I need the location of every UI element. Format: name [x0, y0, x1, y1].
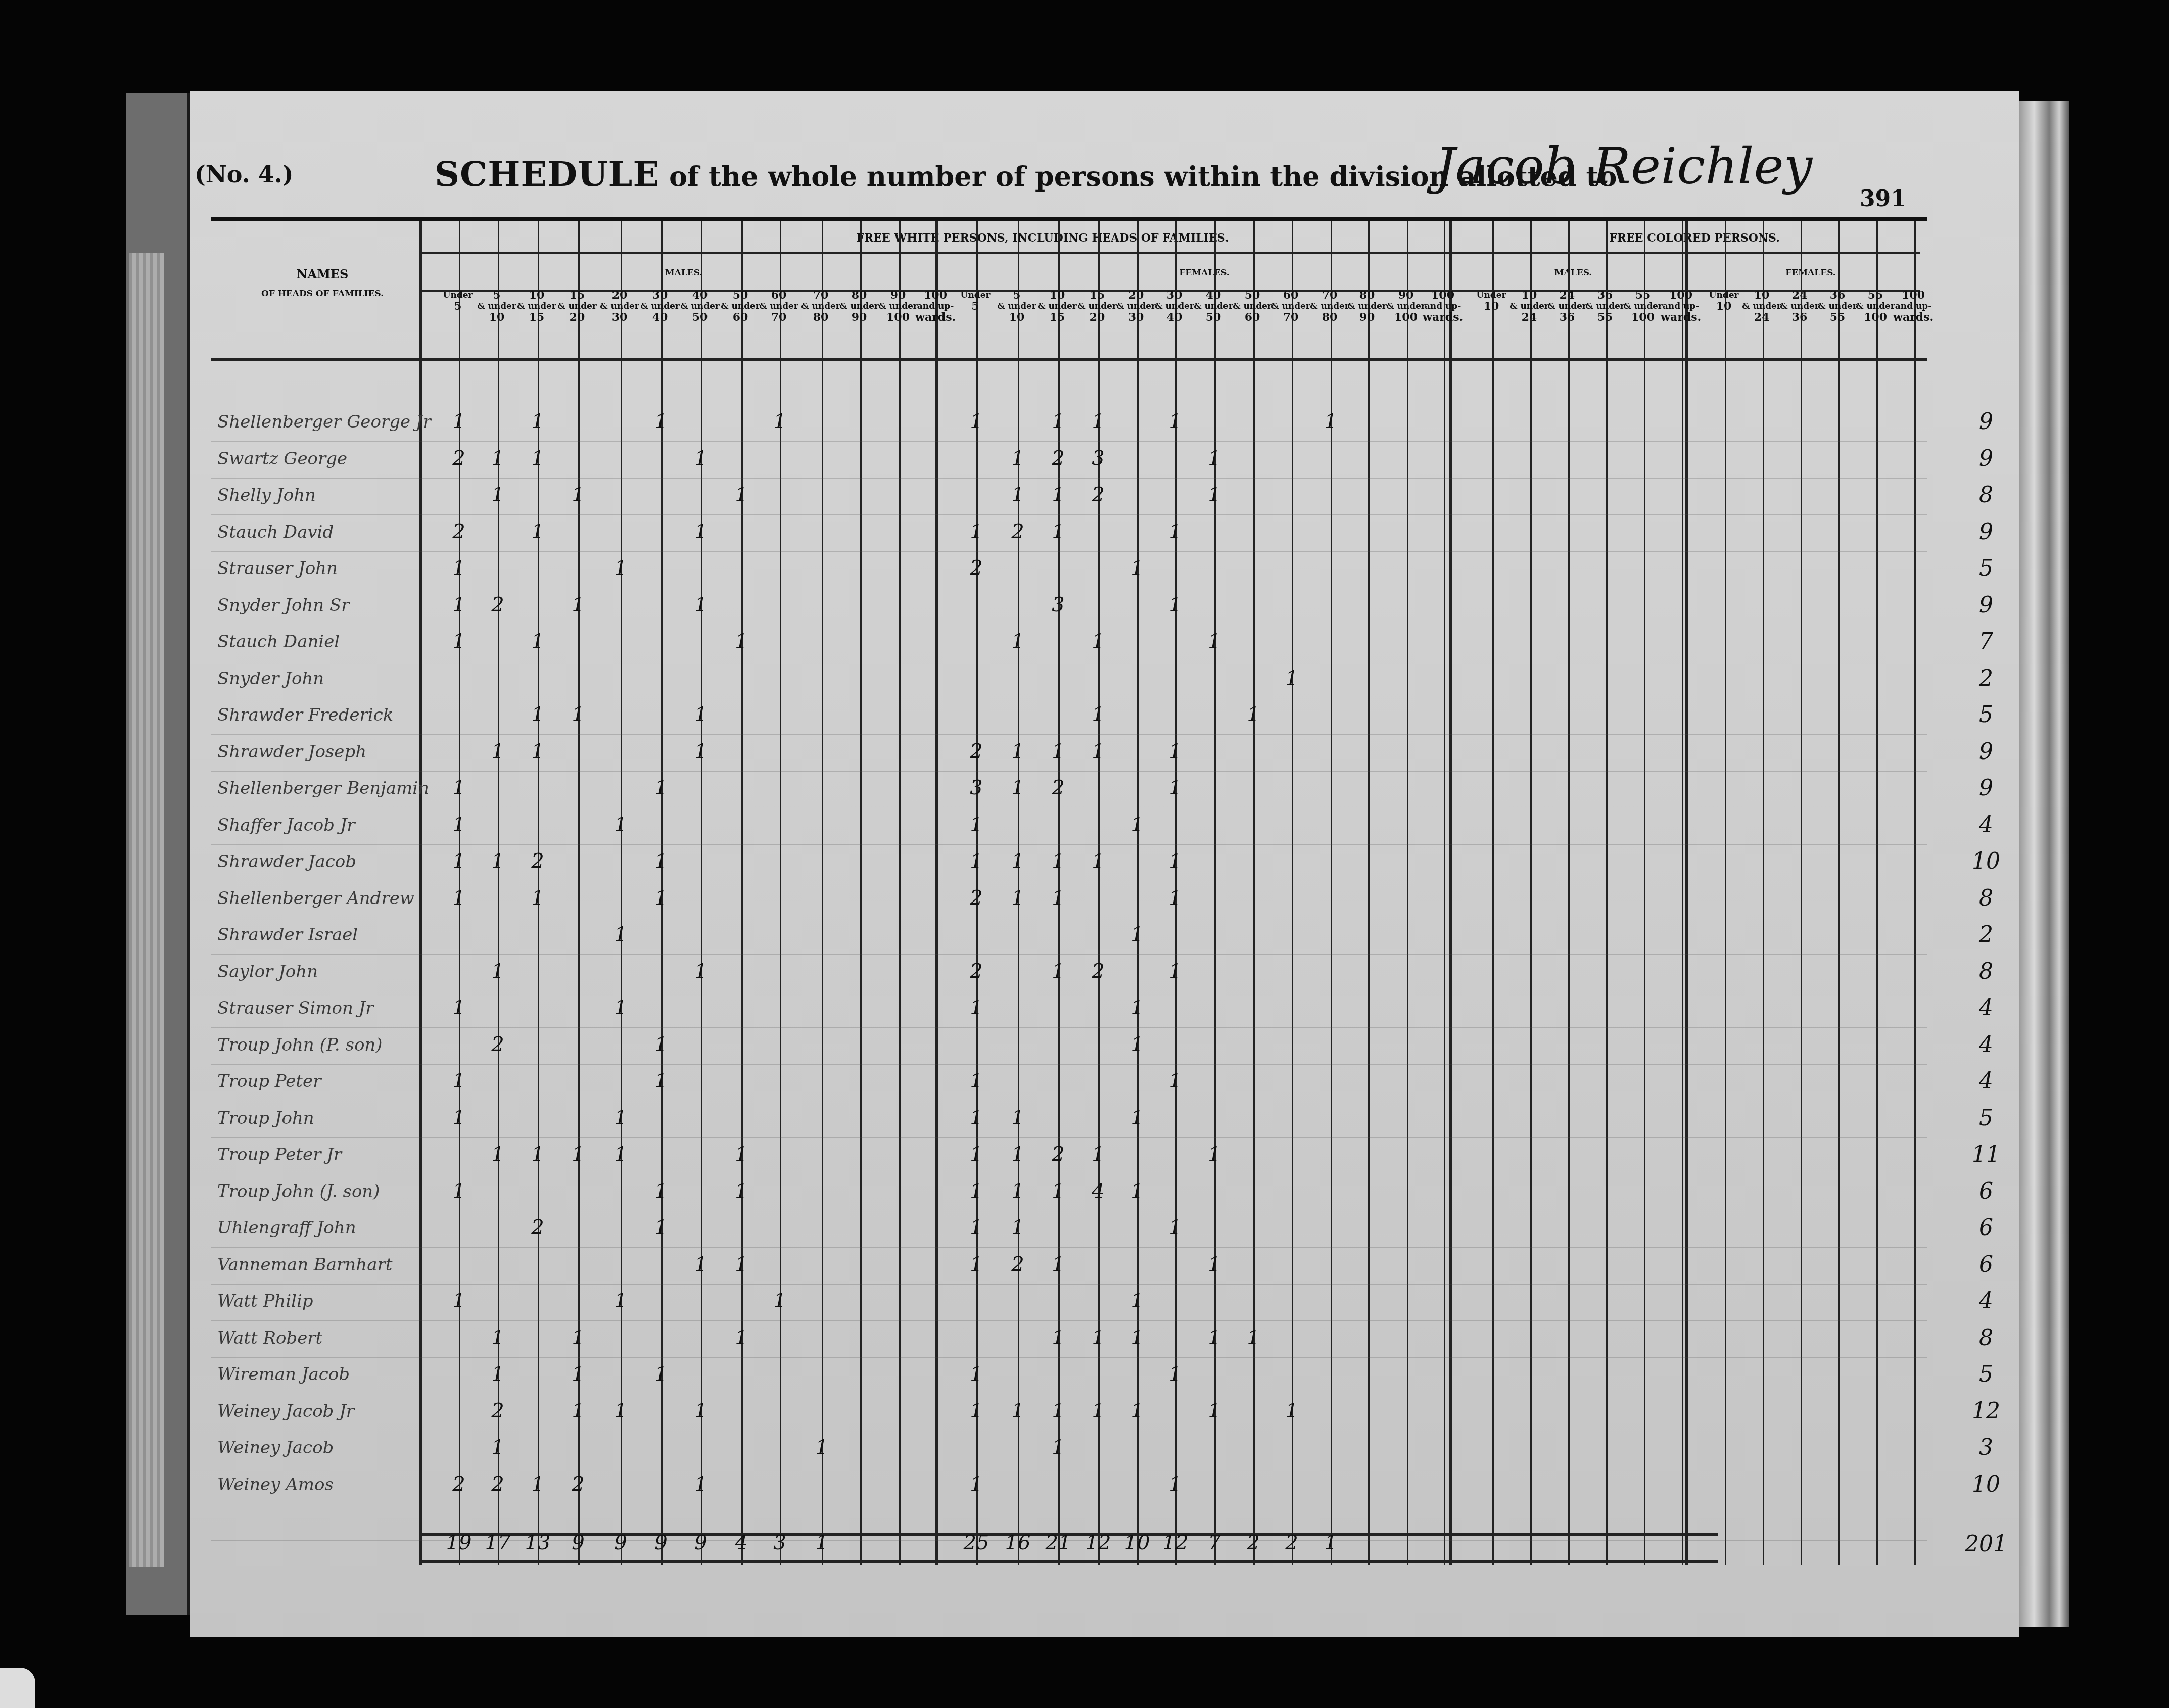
- male-count: 1: [642, 1216, 680, 1239]
- column-divider: [1137, 221, 1139, 1565]
- male-count: 1: [642, 1069, 680, 1093]
- male-count: 1: [440, 630, 478, 653]
- female-count: 1: [1079, 1143, 1117, 1166]
- male-count: 1: [682, 703, 720, 726]
- household-total: 10: [1961, 1472, 2011, 1497]
- white-male-col-header: 15& under20: [557, 290, 597, 323]
- names-header-line1: NAMES: [231, 267, 413, 281]
- male-count: 1: [722, 483, 761, 506]
- female-count: 1: [1156, 1216, 1195, 1239]
- age-to: 10: [1471, 301, 1512, 312]
- row-rule: [211, 698, 1927, 698]
- age-mid: & under: [1623, 301, 1663, 312]
- female-count: 1: [1156, 1069, 1195, 1093]
- column-divider: [1876, 221, 1878, 1565]
- age-from: 70: [800, 290, 841, 301]
- male-count: 1: [479, 1362, 517, 1386]
- female-count: 1: [1195, 1326, 1234, 1349]
- household-total: 4: [1961, 1068, 2011, 1094]
- male-count: 1: [479, 1326, 517, 1349]
- age-from: 30: [1154, 290, 1195, 301]
- female-count: 4: [1079, 1179, 1117, 1203]
- female-count: 1: [1156, 593, 1195, 616]
- age-from: 70: [1309, 290, 1350, 301]
- female-count: 1: [1039, 740, 1077, 763]
- female-count: 2: [999, 520, 1037, 543]
- page-stack-edge: [2019, 101, 2069, 1627]
- age-to: 40: [640, 312, 680, 323]
- female-count: 1: [957, 1179, 996, 1203]
- age-to: wards.: [1893, 312, 1934, 323]
- female-count: 1: [1039, 886, 1077, 910]
- age-mid: & under: [1037, 301, 1077, 312]
- age-to: wards.: [915, 312, 956, 323]
- household-total: 9: [1961, 446, 2011, 471]
- female-count: 1: [999, 1216, 1037, 1239]
- male-column-total: 17: [479, 1531, 517, 1554]
- age-to: 15: [516, 312, 557, 323]
- age-mid: & under: [878, 301, 918, 312]
- age-to: 100: [1386, 312, 1426, 323]
- female-count: 1: [1156, 849, 1195, 873]
- female-count: 1: [999, 886, 1037, 910]
- head-of-family-name: Snyder John: [217, 669, 324, 689]
- male-count: 2: [518, 849, 557, 873]
- household-total: 5: [1961, 1105, 2011, 1131]
- column-divider: [1682, 221, 1683, 1565]
- row-rule: [211, 1504, 1927, 1504]
- colored-female-col-header: 55& under100: [1855, 290, 1896, 323]
- male-count: 1: [559, 1143, 597, 1166]
- age-from: 100: [1661, 290, 1701, 301]
- age-mid: Under: [955, 290, 996, 301]
- female-count: 1: [957, 1216, 996, 1239]
- age-to: 24: [1509, 312, 1549, 323]
- female-count: 1: [1118, 1106, 1156, 1129]
- row-rule: [211, 771, 1927, 772]
- age-from: 60: [1270, 290, 1311, 301]
- male-count: 1: [761, 410, 799, 433]
- row-rule: [211, 1027, 1927, 1028]
- female-count: 1: [1039, 410, 1077, 433]
- female-count: 2: [957, 886, 996, 910]
- age-mid: and up-: [915, 301, 956, 312]
- head-of-family-name: Shrawder Joseph: [217, 742, 366, 762]
- female-count: 1: [957, 849, 996, 873]
- male-count: 1: [559, 593, 597, 616]
- column-divider: [1530, 221, 1532, 1565]
- male-count: 1: [682, 1399, 720, 1422]
- male-count: 1: [722, 1143, 761, 1166]
- female-column-total: 10: [1118, 1531, 1156, 1554]
- column-divider: [1492, 221, 1494, 1565]
- age-mid: Under: [438, 290, 478, 301]
- age-to: 60: [720, 312, 761, 323]
- age-from: 90: [1386, 290, 1426, 301]
- male-count: 1: [601, 1143, 640, 1166]
- age-mid: & under: [1547, 301, 1587, 312]
- female-count: 2: [957, 960, 996, 983]
- page-number: 391: [1860, 186, 1906, 212]
- colored-male-col-header: Under10: [1471, 290, 1512, 312]
- white-female-col-header: 5& under10: [997, 290, 1037, 323]
- names-header-line2: OF HEADS OF FAMILIES.: [231, 289, 413, 299]
- column-divider: [1914, 221, 1916, 1565]
- household-total: 2: [1961, 922, 2011, 947]
- column-divider: [1368, 221, 1370, 1565]
- previous-page-edge: [129, 253, 164, 1567]
- male-count: 1: [559, 1362, 597, 1386]
- household-total: 11: [1961, 1142, 2011, 1167]
- colored-male-col-header: 24& under36: [1547, 290, 1587, 323]
- row-rule: [211, 1137, 1927, 1138]
- row-rule: [211, 1394, 1927, 1394]
- head-of-family-name: Strauser John: [217, 558, 338, 579]
- age-to: 36: [1779, 312, 1820, 323]
- female-count: 1: [1195, 630, 1234, 653]
- white-female-col-header: 100and up-wards.: [1423, 290, 1463, 323]
- household-total: 9: [1961, 519, 2011, 545]
- female-count: 1: [957, 1473, 996, 1496]
- age-mid: & under: [1779, 301, 1820, 312]
- male-count: 1: [518, 630, 557, 653]
- female-count: 1: [1039, 849, 1077, 873]
- male-count: 1: [518, 886, 557, 910]
- age-to: 100: [878, 312, 918, 323]
- header-divider: [419, 252, 1920, 254]
- female-count: 1: [957, 1106, 996, 1129]
- male-count: 1: [559, 483, 597, 506]
- colored-female-col-header: 24& under36: [1779, 290, 1820, 323]
- female-count: 1: [1156, 410, 1195, 433]
- age-to: 60: [1232, 312, 1272, 323]
- age-to: 80: [800, 312, 841, 323]
- male-count: 1: [642, 849, 680, 873]
- column-divider: [899, 221, 901, 1565]
- age-to: 55: [1585, 312, 1625, 323]
- household-total: 5: [1961, 555, 2011, 581]
- age-to: 55: [1817, 312, 1858, 323]
- age-to: 30: [1116, 312, 1156, 323]
- age-from: 100: [1893, 290, 1934, 301]
- female-column-total: 1: [1311, 1531, 1350, 1554]
- colored-male-col-header: 36& under55: [1585, 290, 1625, 323]
- female-count: 1: [957, 1362, 996, 1386]
- household-total: 9: [1961, 409, 2011, 435]
- male-count: 1: [440, 1069, 478, 1093]
- age-from: 100: [1423, 290, 1463, 301]
- head-of-family-name: Weiney Jacob: [217, 1438, 334, 1458]
- age-from: 36: [1817, 290, 1858, 301]
- age-from: 36: [1585, 290, 1625, 301]
- age-to: 20: [1077, 312, 1117, 323]
- female-count: 2: [1039, 776, 1077, 799]
- male-count: 1: [479, 849, 517, 873]
- male-column-total: 9: [601, 1531, 640, 1554]
- age-mid: & under: [720, 301, 761, 312]
- female-count: 1: [1118, 923, 1156, 946]
- age-mid: & under: [1154, 301, 1195, 312]
- age-mid: & under: [477, 301, 517, 312]
- age-mid: and up-: [1893, 301, 1934, 312]
- age-from: 60: [759, 290, 799, 301]
- male-count: 1: [518, 410, 557, 433]
- male-count: 2: [479, 1033, 517, 1056]
- male-count: 1: [559, 703, 597, 726]
- female-count: 1: [1118, 1399, 1156, 1422]
- colored-female-col-header: Under10: [1704, 290, 1744, 312]
- head-of-family-name: Stauch Daniel: [217, 632, 340, 652]
- female-count: 1: [1195, 447, 1234, 470]
- male-count: 1: [518, 703, 557, 726]
- age-mid: & under: [800, 301, 841, 312]
- white-female-col-header: 90& under100: [1386, 290, 1426, 323]
- male-count: 1: [682, 520, 720, 543]
- age-from: 90: [878, 290, 918, 301]
- head-of-family-name: Shellenberger Benjamin: [217, 778, 429, 798]
- row-rule: [211, 1467, 1927, 1467]
- white-male-col-header: 100and up-wards.: [915, 290, 956, 323]
- female-count: 1: [1079, 740, 1117, 763]
- male-count: 1: [642, 776, 680, 799]
- male-count: 1: [601, 1289, 640, 1312]
- female-count: 1: [1156, 960, 1195, 983]
- male-count: 1: [601, 813, 640, 836]
- row-rule: [211, 881, 1927, 881]
- male-count: 1: [642, 1362, 680, 1386]
- female-count: 1: [1079, 849, 1117, 873]
- age-to: 70: [1270, 312, 1311, 323]
- age-mid: and up-: [1661, 301, 1701, 312]
- row-rule: [211, 588, 1927, 588]
- female-count: 1: [999, 1179, 1037, 1203]
- household-total: 3: [1961, 1435, 2011, 1460]
- female-count: 1: [957, 520, 996, 543]
- female-count: 1: [1195, 1143, 1234, 1166]
- female-count: 1: [1156, 1362, 1195, 1386]
- head-of-family-name: Shrawder Frederick: [217, 705, 393, 725]
- column-divider: [701, 221, 702, 1565]
- male-count: 1: [518, 740, 557, 763]
- white-females-label: FEMALES.: [944, 268, 1465, 278]
- age-to: 20: [557, 312, 597, 323]
- female-count: 1: [999, 630, 1037, 653]
- row-rule: [211, 1320, 1927, 1321]
- age-to: 70: [759, 312, 799, 323]
- age-to: 10: [477, 312, 517, 323]
- age-to: 50: [680, 312, 720, 323]
- age-mid: Under: [1704, 290, 1744, 301]
- male-count: 1: [682, 960, 720, 983]
- female-count: 1: [957, 1399, 996, 1422]
- age-mid: & under: [599, 301, 640, 312]
- male-count: 1: [601, 1399, 640, 1422]
- female-count: 1: [1195, 483, 1234, 506]
- male-count: 1: [601, 1106, 640, 1129]
- age-to: 15: [1037, 312, 1077, 323]
- row-rule: [211, 1174, 1927, 1174]
- age-mid: & under: [1270, 301, 1311, 312]
- names-header: NAMES OF HEADS OF FAMILIES.: [231, 221, 413, 348]
- household-total: 10: [1961, 848, 2011, 874]
- column-divider: [822, 221, 823, 1565]
- column-divider: [1725, 221, 1726, 1565]
- page-tab: [0, 1668, 35, 1708]
- female-count: 3: [1079, 447, 1117, 470]
- age-mid: & under: [1509, 301, 1549, 312]
- age-mid: & under: [1386, 301, 1426, 312]
- male-count: 1: [722, 1326, 761, 1349]
- female-column-total: 21: [1039, 1531, 1077, 1554]
- white-male-col-header: 80& under90: [839, 290, 879, 323]
- female-count: 1: [957, 996, 996, 1019]
- head-of-family-name: Weiney Amos: [217, 1475, 334, 1495]
- age-mid: & under: [1077, 301, 1117, 312]
- age-from: 30: [640, 290, 680, 301]
- head-of-family-name: Vanneman Barnhart: [217, 1255, 392, 1275]
- age-from: 20: [1116, 290, 1156, 301]
- head-of-family-name: Watt Philip: [217, 1291, 313, 1311]
- male-count: 2: [440, 1473, 478, 1496]
- male-count: 1: [518, 1473, 557, 1496]
- male-count: 1: [518, 520, 557, 543]
- white-male-col-header: 60& under70: [759, 290, 799, 323]
- female-count: 1: [1039, 483, 1077, 506]
- female-count: 1: [999, 849, 1037, 873]
- header-bottom-rule: [211, 358, 1927, 361]
- column-divider: [1606, 221, 1608, 1565]
- household-total: 8: [1961, 885, 2011, 911]
- household-total: 9: [1961, 592, 2011, 618]
- female-count: 2: [1079, 483, 1117, 506]
- head-of-family-name: Troup John: [217, 1108, 314, 1128]
- age-from: 15: [557, 290, 597, 301]
- age-from: 80: [1347, 290, 1387, 301]
- head-of-family-name: Swartz George: [217, 449, 347, 469]
- male-count: 1: [601, 556, 640, 580]
- age-to: 100: [1855, 312, 1896, 323]
- age-from: 20: [599, 290, 640, 301]
- female-count: 1: [1195, 1253, 1234, 1276]
- female-count: 1: [999, 740, 1037, 763]
- white-female-col-header: 10& under15: [1037, 290, 1077, 323]
- male-count: 1: [601, 996, 640, 1019]
- female-count: 1: [1118, 996, 1156, 1019]
- age-mid: & under: [1347, 301, 1387, 312]
- female-count: 1: [1079, 703, 1117, 726]
- head-of-family-name: Troup John (P. son): [217, 1035, 383, 1055]
- white-female-col-header: 50& under60: [1232, 290, 1272, 323]
- female-count: 1: [1039, 960, 1077, 983]
- age-from: 40: [680, 290, 720, 301]
- female-count: 1: [999, 1106, 1037, 1129]
- age-from: 24: [1779, 290, 1820, 301]
- male-column-total: 9: [642, 1531, 680, 1554]
- age-mid: Under: [1471, 290, 1512, 301]
- female-count: 2: [957, 740, 996, 763]
- male-count: 1: [803, 1436, 841, 1459]
- row-rule: [211, 918, 1927, 918]
- male-count: 1: [601, 923, 640, 946]
- household-total: 7: [1961, 629, 2011, 654]
- household-total: 9: [1961, 775, 2011, 801]
- column-divider: [1214, 221, 1216, 1565]
- row-rule: [211, 734, 1927, 735]
- row-rule: [211, 1064, 1927, 1065]
- household-total: 8: [1961, 959, 2011, 984]
- column-divider: [936, 221, 938, 1565]
- female-count: 1: [1079, 1399, 1117, 1422]
- female-count: 1: [957, 1253, 996, 1276]
- male-count: 1: [682, 1473, 720, 1496]
- female-column-total: 7: [1195, 1531, 1234, 1554]
- age-mid: and up-: [1423, 301, 1463, 312]
- female-count: 1: [1118, 1179, 1156, 1203]
- household-total: 2: [1961, 666, 2011, 691]
- female-column-total: 16: [999, 1531, 1037, 1554]
- female-count: 1: [1311, 410, 1350, 433]
- female-count: 1: [1156, 1473, 1195, 1496]
- white-female-col-header: 60& under70: [1270, 290, 1311, 323]
- male-count: 2: [559, 1473, 597, 1496]
- colored-male-col-header: 10& under24: [1509, 290, 1549, 323]
- male-column-total: 9: [559, 1531, 597, 1554]
- household-total: 5: [1961, 702, 2011, 728]
- household-total: 8: [1961, 482, 2011, 508]
- white-male-col-header: 40& under50: [680, 290, 720, 323]
- male-count: 1: [440, 996, 478, 1019]
- white-female-col-header: 30& under40: [1154, 290, 1195, 323]
- male-count: 1: [440, 849, 478, 873]
- male-count: 1: [479, 483, 517, 506]
- column-divider: [741, 221, 743, 1565]
- female-count: 1: [1234, 703, 1272, 726]
- female-column-total: 2: [1272, 1531, 1311, 1554]
- age-from: 10: [516, 290, 557, 301]
- male-count: 2: [440, 447, 478, 470]
- female-count: 1: [1039, 1326, 1077, 1349]
- head-of-family-name: Watt Robert: [217, 1328, 322, 1348]
- column-divider: [621, 221, 622, 1565]
- age-from: 5: [997, 290, 1037, 301]
- female-count: 1: [957, 410, 996, 433]
- major-column-divider: [1685, 221, 1688, 1565]
- age-mid: & under: [557, 301, 597, 312]
- male-count: 1: [642, 886, 680, 910]
- female-count: 1: [1118, 1326, 1156, 1349]
- head-of-family-name: Shaffer Jacob Jr: [217, 815, 355, 835]
- white-female-col-header: 70& under80: [1309, 290, 1350, 323]
- column-divider: [1644, 221, 1645, 1565]
- female-column-total: 12: [1079, 1531, 1117, 1554]
- male-count: 1: [440, 1289, 478, 1312]
- age-to: 90: [1347, 312, 1387, 323]
- free-colored-header: FREE COLORED PERSONS.: [1454, 231, 1935, 245]
- male-column-total: 13: [518, 1531, 557, 1554]
- head-of-family-name: Snyder John Sr: [217, 595, 350, 615]
- row-rule: [211, 954, 1927, 955]
- column-divider: [1568, 221, 1570, 1565]
- male-count: 1: [682, 740, 720, 763]
- age-from: 80: [839, 290, 879, 301]
- age-from: 24: [1547, 290, 1587, 301]
- age-to: 30: [599, 312, 640, 323]
- female-count: 1: [1039, 520, 1077, 543]
- male-count: 1: [440, 886, 478, 910]
- male-column-total: 1: [803, 1531, 841, 1554]
- female-count: 1: [1195, 1399, 1234, 1422]
- row-rule: [211, 1284, 1927, 1285]
